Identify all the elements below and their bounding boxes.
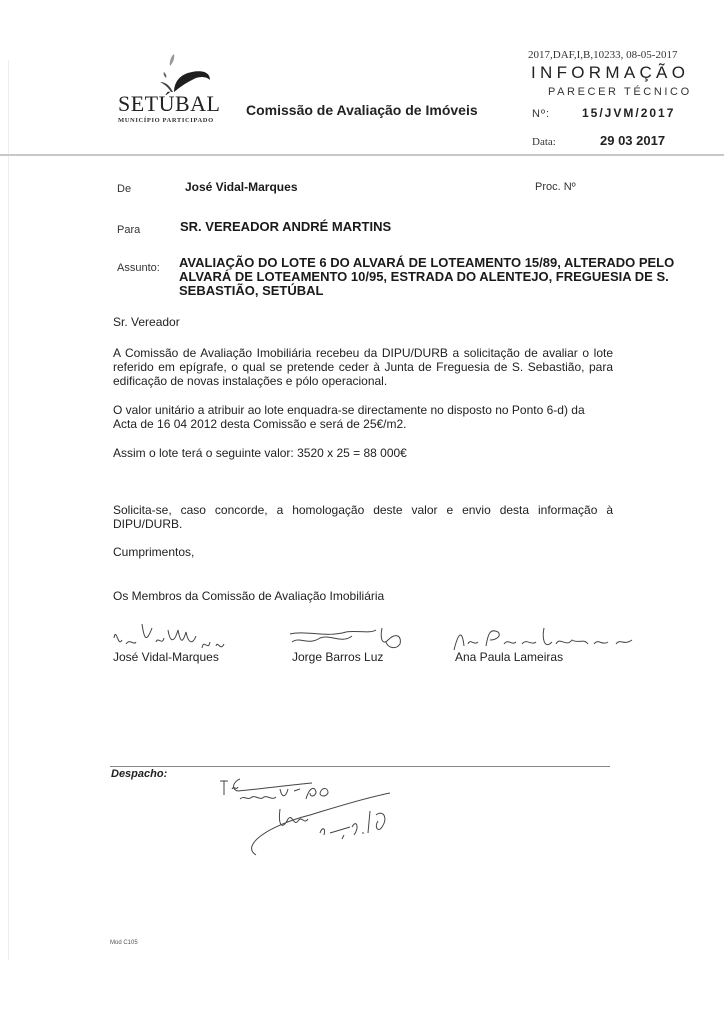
paragraph-homologation: Solicita-se, caso concorde, a homologaçã… bbox=[113, 503, 613, 531]
from-value: José Vidal-Marques bbox=[185, 180, 298, 194]
number-value: 15/JVM/2017 bbox=[582, 106, 675, 120]
logo-name: SETÚBAL bbox=[118, 91, 221, 117]
closing: Cumprimentos, bbox=[113, 545, 613, 559]
despacho-divider bbox=[110, 766, 610, 767]
members-line: Os Membros da Comissão de Avaliação Imob… bbox=[113, 589, 613, 603]
document-type: INFORMAÇÃO bbox=[531, 63, 689, 83]
from-label: De bbox=[117, 183, 131, 195]
despacho-label: Despacho: bbox=[111, 768, 167, 780]
date-label: Data: bbox=[532, 136, 556, 148]
registry-reference: 2017,DAF,I,B,10233, 08-05-2017 bbox=[528, 49, 677, 61]
signature-scribble-2 bbox=[286, 624, 406, 650]
number-label: Nº: bbox=[532, 108, 550, 120]
logo-subtitle: MUNICÍPIO PARTICIPADO bbox=[118, 117, 214, 124]
signatory-name: Jorge Barros Luz bbox=[292, 650, 383, 664]
form-code: Mod C105 bbox=[110, 940, 138, 946]
signature-scribble-3 bbox=[452, 624, 642, 652]
committee-title: Comissão de Avaliação de Imóveis bbox=[246, 102, 478, 118]
signatory-name: José Vidal-Marques bbox=[113, 650, 219, 664]
subject-label: Assunto: bbox=[117, 262, 160, 274]
scan-margin-line bbox=[8, 60, 9, 960]
paragraph-total-value: Assim o lote terá o seguinte valor: 3520… bbox=[113, 446, 613, 460]
salutation: Sr. Vereador bbox=[113, 315, 613, 329]
to-value: SR. VEREADOR ANDRÉ MARTINS bbox=[180, 219, 391, 234]
header-divider bbox=[0, 154, 724, 156]
paragraph-unit-value: O valor unitário a atribuir ao lote enqu… bbox=[113, 403, 608, 431]
document-subtype: PARECER TÉCNICO bbox=[548, 86, 692, 98]
paragraph-request: A Comissão de Avaliação Imobiliária rece… bbox=[113, 346, 613, 388]
subject-value: AVALIAÇÃO DO LOTE 6 DO ALVARÁ DE LOTEAME… bbox=[179, 256, 679, 298]
date-value: 29 03 2017 bbox=[600, 133, 665, 148]
signatory-name: Ana Paula Lameiras bbox=[455, 650, 563, 664]
handwritten-despacho-note bbox=[220, 775, 400, 865]
signature-scribble-1 bbox=[112, 618, 262, 654]
to-label: Para bbox=[117, 224, 140, 236]
proc-label: Proc. Nº bbox=[535, 181, 576, 193]
